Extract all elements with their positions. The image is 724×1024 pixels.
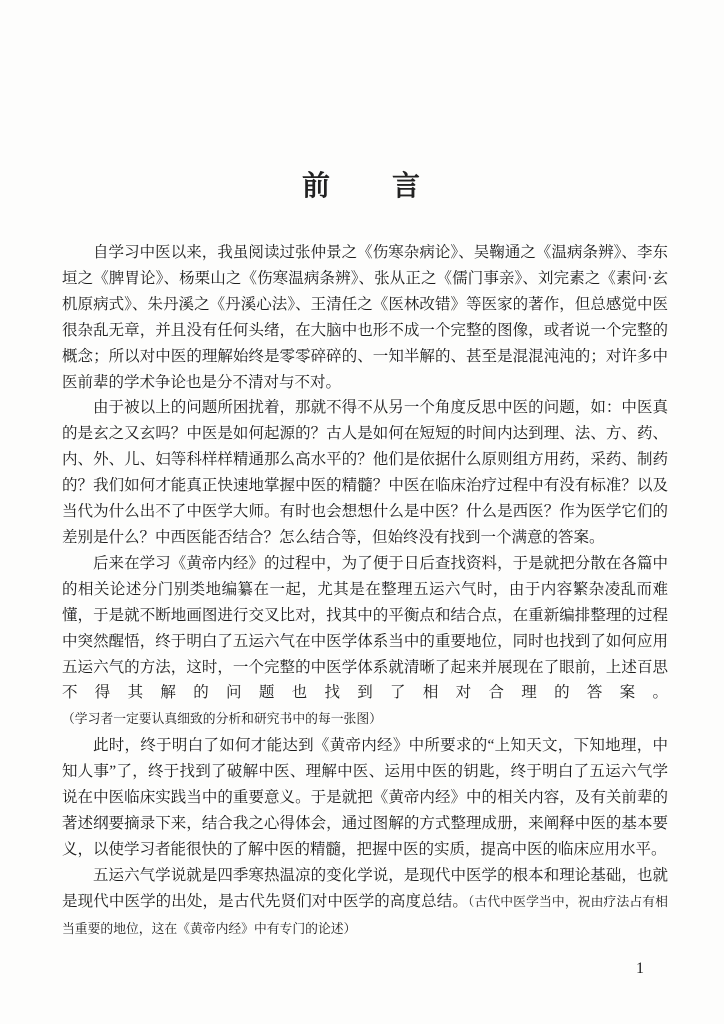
paragraph: 后来在学习《黄帝内经》的过程中，为了便于日后查找资料，于是就把分散在各篇中的相关… [62, 551, 668, 733]
book-page: 前 言 自学习中医以来，我虽阅读过张仲景之《伤寒杂病论》、吴鞠通之《温病条辨》、… [0, 0, 724, 1024]
paragraph: 此时，终于明白了如何才能达到《黄帝内经》中所要求的“上知天文，下知地理，中知人事… [62, 733, 668, 863]
paragraph-note-text: （学习者一定要认真细致的分析和研究书中的每一张图） [62, 712, 382, 726]
paragraph-text: 此时，终于明白了如何才能达到《黄帝内经》中所要求的“上知天文，下知地理，中知人事… [62, 737, 668, 858]
paragraph: 自学习中医以来，我虽阅读过张仲景之《伤寒杂病论》、吴鞠通之《温病条辨》、李东垣之… [62, 240, 668, 395]
paragraph-text: 后来在学习《黄帝内经》的过程中，为了便于日后查找资料，于是就把分散在各篇中的相关… [62, 555, 668, 702]
page-title: 前 言 [0, 171, 724, 201]
paragraph: 由于被以上的问题所困扰着，那就不得不从另一个角度反思中医的问题，如：中医真的是玄… [62, 395, 668, 550]
paragraph-text: 由于被以上的问题所困扰着，那就不得不从另一个角度反思中医的问题，如：中医真的是玄… [62, 399, 668, 546]
paragraph: 五运六气学说就是四季寒热温凉的变化学说，是现代中医学的根本和理论基础，也就是现代… [62, 863, 668, 943]
paragraph-text: 自学习中医以来，我虽阅读过张仲景之《伤寒杂病论》、吴鞠通之《温病条辨》、李东垣之… [62, 244, 668, 391]
preface-body: 自学习中医以来，我虽阅读过张仲景之《伤寒杂病论》、吴鞠通之《温病条辨》、李东垣之… [62, 240, 668, 942]
page-number: 1 [636, 960, 644, 978]
